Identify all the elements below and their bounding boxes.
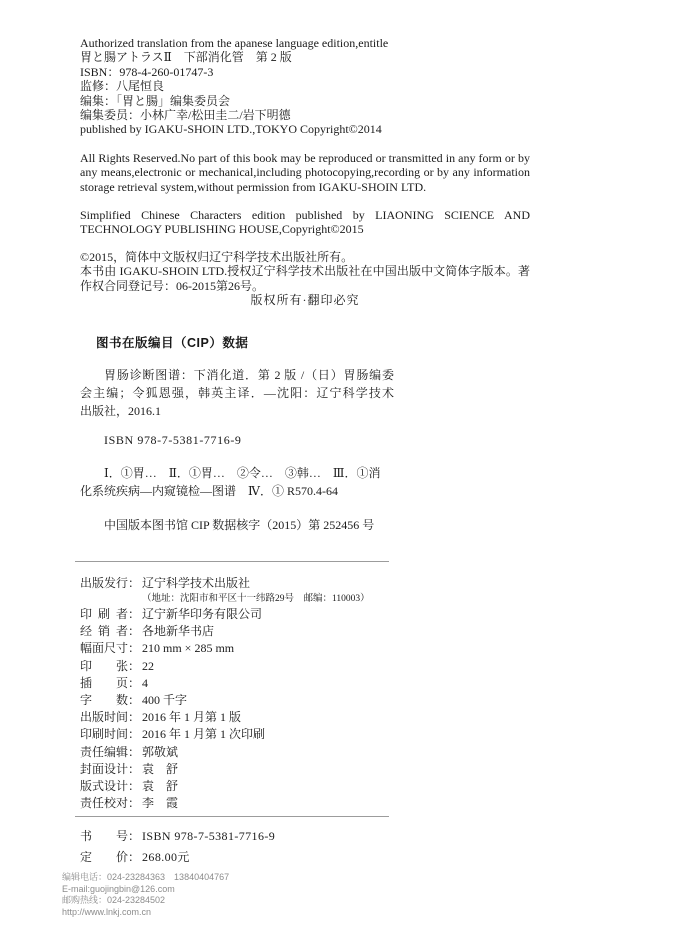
pub-label: 出版发行 (80, 575, 128, 592)
pub-value: 22 (142, 658, 154, 675)
chinese-edition-line: TECHNOLOGY PUBLISHING HOUSE,Copyright©20… (80, 222, 530, 236)
authorized-translation-line: Authorized translation from the apanese … (80, 36, 530, 50)
pub-row-wordcount: 字数：400 千字 (80, 692, 530, 709)
copyright-block: ©2015，简体中文版权归辽宁科学技术出版社所有。 本书由 IGAKU-SHOI… (80, 250, 530, 308)
original-publisher-line: published by IGAKU-SHOIN LTD.,TOKYO Copy… (80, 122, 530, 136)
pub-label: 版式设计 (80, 778, 128, 795)
pub-value: 210 mm × 285 mm (142, 640, 234, 657)
pub-label: 出版时间 (80, 709, 128, 726)
pub-value: 辽宁科学技术出版社 (142, 575, 250, 592)
pub-label: 印刷时间 (80, 726, 128, 743)
editorial-committee-line: 编集委员：小林广幸/松田圭二/岩下明德 (80, 108, 530, 122)
pub-value: 辽宁新华印务有限公司 (142, 606, 262, 623)
pub-row-inserts: 插页：4 (80, 675, 530, 692)
pub-label: 印刷者 (80, 606, 128, 623)
pub-row-distributor: 经销者：各地新华书店 (80, 623, 530, 640)
colon: ： (128, 575, 140, 592)
pub-value: 2016 年 1 月第 1 版 (142, 709, 241, 726)
colon: ： (128, 640, 140, 657)
cip-isbn: ISBN 978-7-5381-7716-9 (80, 433, 394, 447)
pub-label: 责任编辑 (80, 744, 128, 761)
pub-row-cover-design: 封面设计：袁 舒 (80, 761, 530, 778)
pub-row-sheets: 印张：22 (80, 658, 530, 675)
price-value: 268.00元 (142, 847, 190, 868)
colon: ： (128, 829, 140, 843)
colon: ： (128, 778, 140, 795)
pub-row-printdate: 印刷时间：2016 年 1 月第 1 次印刷 (80, 726, 530, 743)
website-line: http://www.lnkj.com.cn (62, 907, 229, 919)
colon: ： (128, 850, 140, 864)
rights-paragraph: All Rights Reserved.No part of this book… (80, 151, 530, 194)
colophon-page: Authorized translation from the apanese … (0, 0, 700, 950)
colon: ： (128, 709, 140, 726)
pub-row-printer: 印刷者：辽宁新华印务有限公司 (80, 606, 530, 623)
pub-label: 经销者 (80, 623, 128, 640)
contact-footer: 编辑电话：024-23284363 13840404767 E-mail:guo… (62, 872, 229, 918)
cip-entry-line: 胃肠诊断图谱：下消化道．第 2 版 /（日）胃肠编委 (80, 366, 394, 384)
colon: ： (128, 744, 140, 761)
cip-heading: 图书在版编目（CIP）数据 (80, 336, 530, 350)
mail-order-phone-line: 邮购热线：024-23284502 (62, 895, 229, 907)
email-line: E-mail:guojingbin@126.com (62, 884, 229, 896)
price-label: 定价 (80, 847, 128, 868)
all-rights-notice: 版权所有·翻印必究 (80, 293, 530, 307)
book-number-row: 书号：ISBN 978-7-5381-7716-9 (80, 826, 530, 847)
pub-row-pubdate: 出版时间：2016 年 1 月第 1 版 (80, 709, 530, 726)
chinese-edition-paragraph: Simplified Chinese Characters edition pu… (80, 208, 530, 237)
pub-row-layout-design: 版式设计：袁 舒 (80, 778, 530, 795)
pub-row-dimensions: 幅面尺寸：210 mm × 285 mm (80, 640, 530, 657)
cip-block: 胃肠诊断图谱：下消化道．第 2 版 /（日）胃肠编委 会主编；令狐恩强，韩英主译… (80, 366, 394, 533)
rights-line: any means,electronic or mechanical,inclu… (80, 165, 530, 179)
pub-value: 袁 舒 (142, 778, 178, 795)
text-column: Authorized translation from the apanese … (80, 36, 530, 868)
publication-block: 出版发行：辽宁科学技术出版社 （地址：沈阳市和平区十一纬路29号 邮编：1100… (80, 575, 530, 813)
pricing-block: 书号：ISBN 978-7-5381-7716-9 定价：268.00元 (80, 826, 530, 868)
cip-classification: Ⅰ．①胃… Ⅱ．①胃… ②令… ③韩… Ⅲ．①消 化系统疾病—内窥镜检—图谱 Ⅳ… (80, 464, 394, 500)
supervisor-line: 监修：八尾恒良 (80, 79, 530, 93)
pub-label: 印张 (80, 658, 128, 675)
book-number-value: ISBN 978-7-5381-7716-9 (142, 826, 275, 847)
pub-label: 责任校对 (80, 795, 128, 812)
cip-record-number: 中国版本图书馆 CIP 数据核字（2015）第 252456 号 (80, 518, 394, 532)
pub-value: 400 千字 (142, 692, 187, 709)
price-label: 书号 (80, 826, 128, 847)
original-isbn-line: ISBN：978-4-260-01747-3 (80, 65, 530, 79)
cip-class-line: 化系统疾病—内窥镜检—图谱 Ⅳ．① R570.4-64 (80, 482, 394, 500)
pub-row-proofreader: 责任校对：李 霞 (80, 795, 530, 812)
original-edition-block: Authorized translation from the apanese … (80, 36, 530, 137)
colon: ： (128, 658, 140, 675)
pub-value: 袁 舒 (142, 761, 178, 778)
colon: ： (128, 623, 140, 640)
editorial-phone-line: 编辑电话：024-23284363 13840404767 (62, 872, 229, 884)
cip-entry-line: 出版社，2016.1 (80, 402, 394, 420)
copyright-line: 本书由 IGAKU-SHOIN LTD.授权辽宁科学技术出版社在中国出版中文简体… (80, 264, 530, 278)
colon: ： (128, 761, 140, 778)
pub-label: 插页 (80, 675, 128, 692)
rights-line: All Rights Reserved.No part of this book… (80, 151, 530, 165)
pub-value: 4 (142, 675, 148, 692)
pub-value: 李 霞 (142, 795, 178, 812)
price-row: 定价：268.00元 (80, 847, 530, 868)
editor-line: 编集：「胃と腸」编集委员会 (80, 94, 530, 108)
pub-row-publisher: 出版发行：辽宁科学技术出版社 (80, 575, 530, 592)
pub-value: 2016 年 1 月第 1 次印刷 (142, 726, 265, 743)
colon: ： (128, 675, 140, 692)
pub-value: 各地新华书店 (142, 623, 214, 640)
pub-row-editor: 责任编辑：郭敬斌 (80, 744, 530, 761)
cip-class-line: Ⅰ．①胃… Ⅱ．①胃… ②令… ③韩… Ⅲ．①消 (80, 464, 394, 482)
copyright-line: ©2015，简体中文版权归辽宁科学技术出版社所有。 (80, 250, 530, 264)
copyright-line: 作权合同登记号：06-2015第26号。 (80, 279, 530, 293)
pub-label: 幅面尺寸 (80, 640, 128, 657)
divider-rule-top (75, 561, 389, 562)
pub-label: 封面设计 (80, 761, 128, 778)
chinese-edition-line: Simplified Chinese Characters edition pu… (80, 208, 530, 222)
publisher-address-note: （地址：沈阳市和平区十一纬路29号 邮编：110003） (80, 592, 530, 606)
colon: ： (128, 692, 140, 709)
cip-entry: 胃肠诊断图谱：下消化道．第 2 版 /（日）胃肠编委 会主编；令狐恩强，韩英主译… (80, 366, 394, 420)
colon: ： (128, 795, 140, 812)
pub-value: 郭敬斌 (142, 744, 178, 761)
cip-entry-line: 会主编；令狐恩强，韩英主译．—沈阳：辽宁科学技术 (80, 384, 394, 402)
rights-line: storage retrieval system,without permiss… (80, 180, 530, 194)
divider-rule-bottom (75, 816, 389, 817)
colon: ： (128, 726, 140, 743)
japanese-title-line: 胃と腸アトラスⅡ 下部消化管 第 2 版 (80, 50, 530, 64)
pub-label: 字数 (80, 692, 128, 709)
colon: ： (128, 606, 140, 623)
